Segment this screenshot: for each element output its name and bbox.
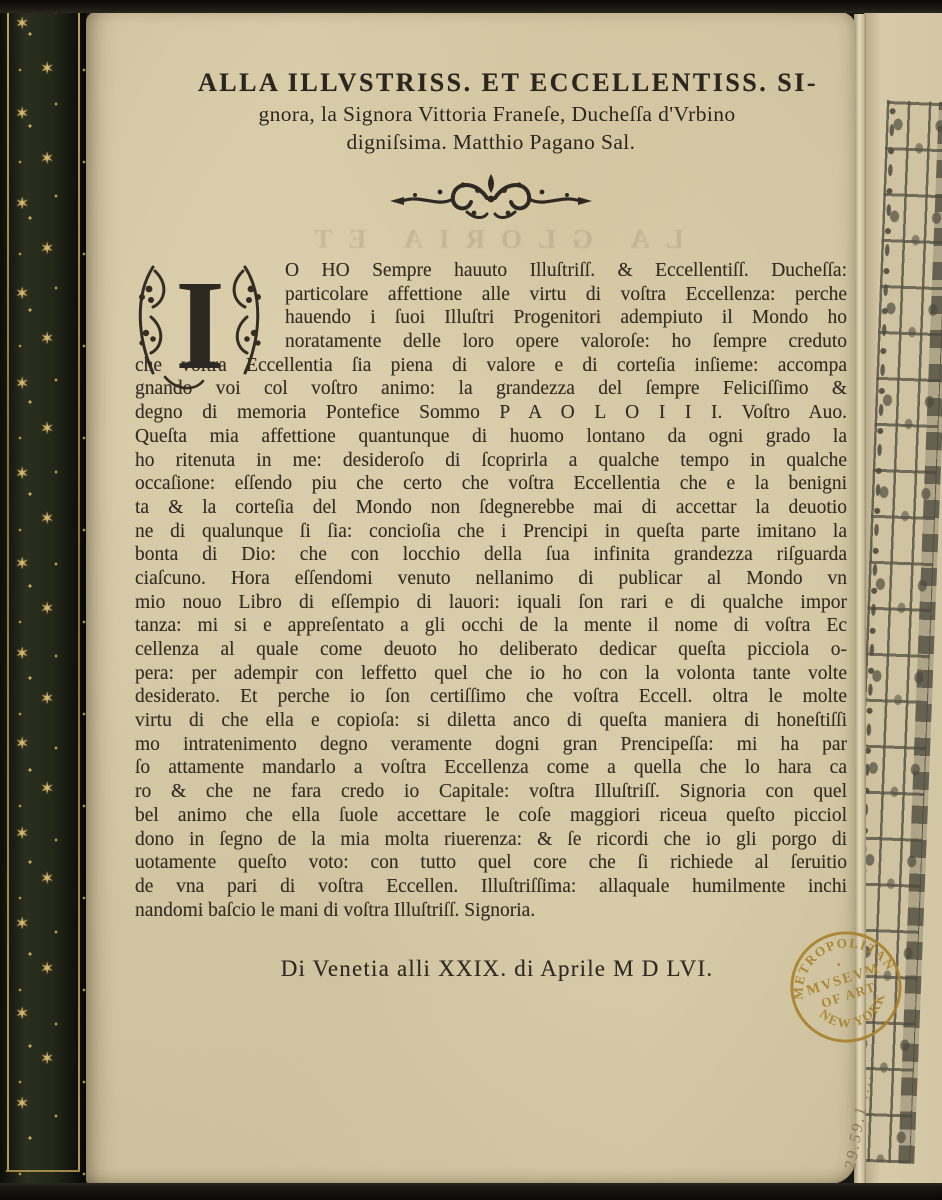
body-line: ſo attamente mandarlo a voſtra Eccellenz… [135,756,847,780]
body-line: dono in ſegno de la mia molta riuerenza:… [135,828,847,852]
svg-text:I: I [175,255,225,396]
body-line: nandomi baſcio le mani di voſtra Illuſtr… [135,899,847,923]
body-line: hauendo i ſuoi Illuſtri Progenitori adem… [285,306,847,330]
gold-star-tooling: ✶ [15,376,29,393]
binding-gold-fillet [6,1170,80,1172]
text-column: ALLA ILLVSTRISS. ET ECCELLENTISS. SI- gn… [135,12,847,1184]
gold-star-tooling: ✶ [40,331,54,348]
gold-star-tooling: ✶ [15,286,29,303]
heading-line-2: gnora, la Signora Vittoria Franeſe, Duch… [135,102,847,127]
gold-star-tooling: ✶ [40,781,54,798]
gold-star-tooling: ✶ [15,646,29,663]
gold-star-tooling: ✶ [40,241,54,258]
gold-star-tooling: ✶ [40,1051,54,1068]
gold-star-tooling: ✶ [15,196,29,213]
heading-line-1: ALLA ILLVSTRISS. ET ECCELLENTISS. SI- [135,68,847,98]
heading-line-3: digniſsima. Matthio Pagano Sal. [135,130,847,155]
gold-star-tooling: ✶ [15,916,29,933]
gold-star-tooling: ✶ [40,691,54,708]
verso-show-through-text: LA GLORIA ET [135,224,847,255]
gold-star-tooling: ✶ [15,736,29,753]
gold-star-tooling: ✶ [40,511,54,528]
body-line: uotamente queſto voto: con tutto quel co… [135,851,847,875]
body-line: ro & che ne fara credo io Capitale: voſt… [135,780,847,804]
body-line: noratamente delle loro opere valoroſe: h… [285,330,847,354]
photo-bottom-edge [0,1183,942,1200]
gold-star-tooling: ✶ [15,106,29,123]
dedication-heading: ALLA ILLVSTRISS. ET ECCELLENTISS. SI- gn… [135,68,847,155]
body-line: mo intratenimento degno veramente dogni … [135,733,847,757]
body-line: cellenza al quale come deuoto ho deliber… [135,638,847,662]
gold-star-tooling: ✶ [15,16,29,33]
book-page: ALLA ILLVSTRISS. ET ECCELLENTISS. SI- gn… [86,12,856,1184]
gold-star-tooling: ✶ [15,1096,29,1113]
body-line: de vna pari di voſtra Eccellen. Illuſtri… [135,875,847,899]
body-line: Queſta mia affettione quantunque di huom… [135,425,847,449]
gold-star-tooling: ✶ [15,466,29,483]
body-line: ne di qualunque ſi ſia: concioſia che i … [135,520,847,544]
gold-star-tooling: ✶ [40,961,54,978]
body-line: pera: per adempir con leffetto quel che … [135,662,847,686]
gold-star-tooling: ✶ [40,151,54,168]
body-line: ho ritenuta in me: desideroſo di ſcoprir… [135,449,847,473]
body-line: bel animo che ella ſuole accettare le co… [135,804,847,828]
dedication-body: I O HO Sempre hauuto Illuſtriſſ. & Eccel… [135,259,847,922]
body-line: tanza: mi si e appreſentato a gli occhi … [135,614,847,638]
gold-star-tooling: ✶ [15,826,29,843]
book-binding: ✶✶✶✶✶✶✶✶✶✶✶✶✶✶✶✶✶✶✶✶✶✶✶✶✶ [0,0,86,1200]
body-line: occaſione: eſſendo piu che certo che voſ… [135,472,847,496]
body-line: degno di memoria Pontefice Sommo P A O L… [135,401,847,425]
body-line: particolare affettione alle virtu di voſ… [285,283,847,307]
printer-fleuron-ornament [366,172,616,224]
gold-star-tooling: ✶ [40,601,54,618]
body-line: desiderato. Et perche io ſon certiſſimo … [135,685,847,709]
body-line: ta & la corteſia del Mondo non ſdegnereb… [135,496,847,520]
body-line: mio nouo Libro di eſſempio di lauori: iq… [135,591,847,615]
gold-star-tooling: ✶ [15,1006,29,1023]
gold-star-tooling: ✶ [15,556,29,573]
gold-star-tooling: ✶ [40,421,54,438]
body-line: virtu di che ella e copioſa: si diletta … [135,709,847,733]
woodcut-initial-I: I [125,255,275,397]
book-photograph: ✶✶✶✶✶✶✶✶✶✶✶✶✶✶✶✶✶✶✶✶✶✶✶✶✶ ALLA ILLVSTRIS… [0,0,942,1200]
gold-star-tooling: ✶ [40,61,54,78]
body-line: ciaſcuno. Hora eſſendomi venuto nellanim… [135,567,847,591]
body-line: bonta di Dio: che con locchio della ſua … [135,543,847,567]
colophon: Di Venetia alli XXIX. di Aprile M D LVI. [135,956,853,982]
body-line: O HO Sempre hauuto Illuſtriſſ. & Eccelle… [285,259,847,283]
gold-star-tooling: ✶ [40,871,54,888]
photo-top-edge [0,0,942,13]
